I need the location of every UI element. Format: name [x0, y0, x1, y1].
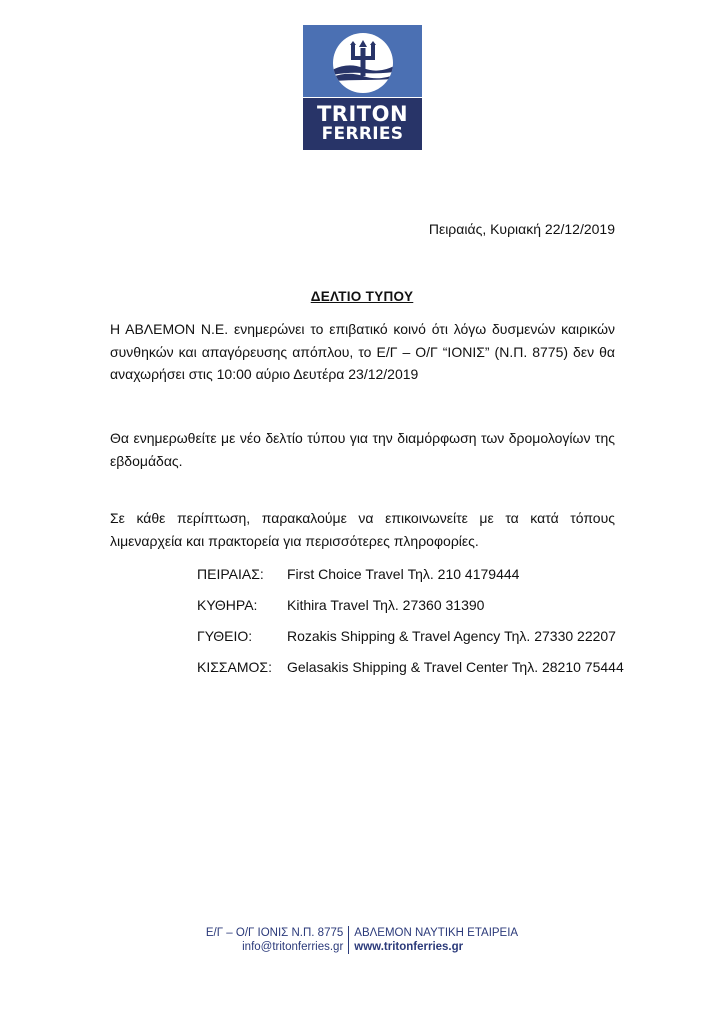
agent-details: Kithira Travel Τηλ. 27360 31390: [287, 594, 484, 625]
footer-website-link[interactable]: www.tritonferries.gr: [354, 940, 518, 954]
agent-row: ΚΥΘΗΡΑ: Kithira Travel Τηλ. 27360 31390: [197, 594, 624, 625]
footer-right-column: ΑΒΛΕΜΟΝ ΝΑΥΤΙΚΗ ΕΤΑΙΡΕΙΑ www.tritonferri…: [349, 926, 518, 954]
trident-wave-icon: [332, 32, 394, 94]
agent-details: First Choice Travel Τηλ. 210 4179444: [287, 563, 519, 594]
footer: Ε/Γ – Ο/Γ ΙΟΝΙΣ Ν.Π. 8775 info@tritonfer…: [0, 926, 724, 954]
logo-text-ferries: FERRIES: [303, 125, 422, 143]
agent-row: ΚΙΣΣΑΜΟΣ: Gelasakis Shipping & Travel Ce…: [197, 656, 624, 687]
date-line: Πειραιάς, Κυριακή 22/12/2019: [429, 221, 615, 237]
logo-text-triton: TRITON: [303, 103, 422, 125]
footer-company: ΑΒΛΕΜΟΝ ΝΑΥΤΙΚΗ ΕΤΑΙΡΕΙΑ: [354, 926, 518, 940]
agent-row: ΠΕΙΡΑΙΑΣ: First Choice Travel Τηλ. 210 4…: [197, 563, 624, 594]
footer-vessel: Ε/Γ – Ο/Γ ΙΟΝΙΣ Ν.Π. 8775: [206, 926, 343, 940]
document-title: ΔΕΛΤΙΟ ΤΥΠΟΥ: [0, 289, 724, 304]
logo-top-panel: [303, 25, 422, 97]
agent-details: Rozakis Shipping & Travel Agency Τηλ. 27…: [287, 625, 616, 656]
footer-left-column: Ε/Γ – Ο/Γ ΙΟΝΙΣ Ν.Π. 8775 info@tritonfer…: [206, 926, 349, 954]
agents-list: ΠΕΙΡΑΙΑΣ: First Choice Travel Τηλ. 210 4…: [197, 563, 624, 687]
agent-city: ΚΙΣΣΑΜΟΣ:: [197, 656, 287, 687]
paragraph-update-notice: Θα ενημερωθείτε με νέο δελτίο τύπου για …: [110, 427, 615, 472]
paragraph-announcement: Η ΑΒΛΕΜΟΝ Ν.Ε. ενημερώνει το επιβατικό κ…: [110, 318, 615, 386]
footer-email-link[interactable]: info@tritonferries.gr: [206, 940, 343, 954]
agent-city: ΠΕΙΡΑΙΑΣ:: [197, 563, 287, 594]
paragraph-contact-advice: Σε κάθε περίπτωση, παρακαλούμε να επικοι…: [110, 507, 615, 552]
agent-details: Gelasakis Shipping & Travel Center Τηλ. …: [287, 656, 624, 687]
agent-row: ΓΥΘΕΙΟ: Rozakis Shipping & Travel Agency…: [197, 625, 624, 656]
agent-city: ΚΥΘΗΡΑ:: [197, 594, 287, 625]
agent-city: ΓΥΘΕΙΟ:: [197, 625, 287, 656]
logo-bottom-panel: TRITON FERRIES: [303, 98, 422, 150]
triton-ferries-logo: TRITON FERRIES: [303, 25, 422, 150]
